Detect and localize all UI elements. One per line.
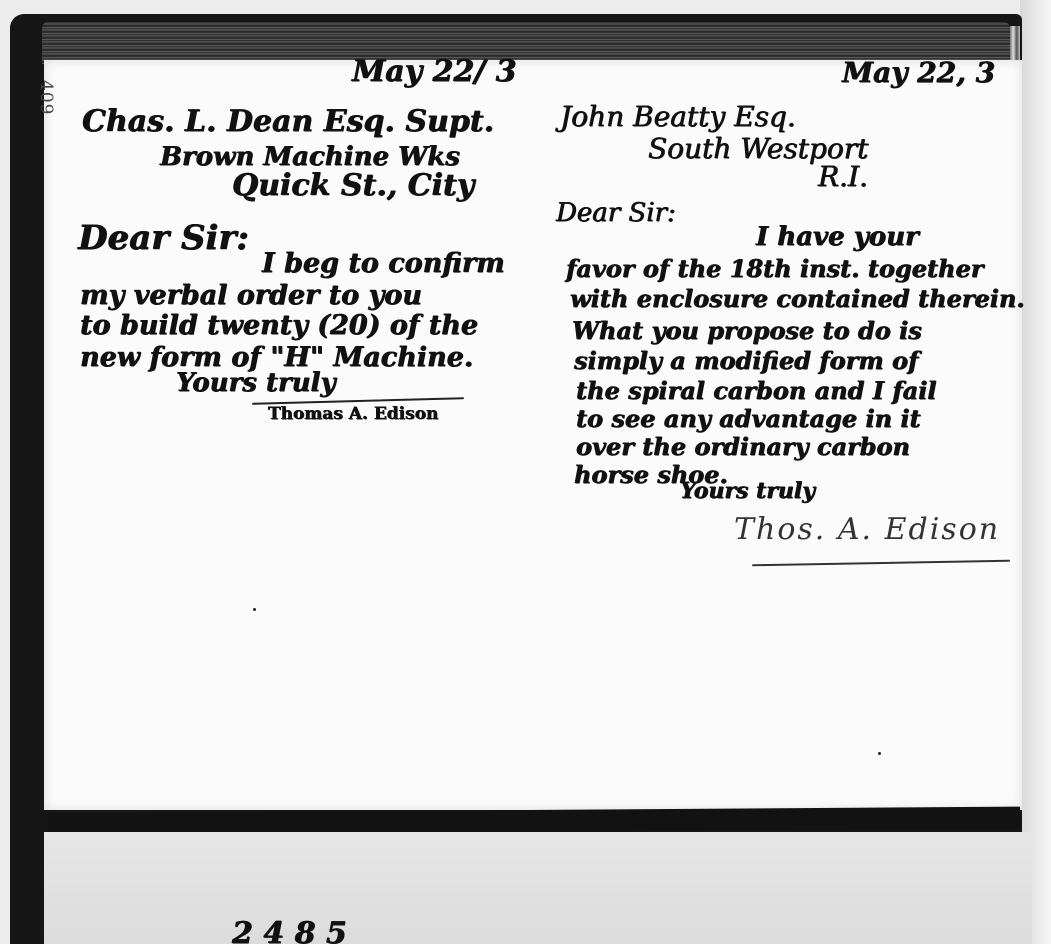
body-line: over the ordinary carbon [576,432,910,461]
recipient-location: Quick St., City [232,168,474,203]
body-line: I have your [756,222,919,252]
body-line: I beg to confirm [262,248,505,279]
next-page-fragment: 2 4 8 5 [232,916,347,944]
body-line: with enclosure contained therein. [570,284,1025,313]
body-line: What you propose to do is [572,316,922,345]
page-number: 409 [36,80,56,115]
next-page [44,832,1032,944]
closing: Yours truly [176,368,336,398]
letter-date: May 22/ 3 [352,54,517,89]
recipient-name: John Beatty Esq. [560,100,796,133]
body-line: to see any advantage in it [576,404,921,433]
body-line: to build twenty (20) of the [80,310,478,341]
body-line: the spiral carbon and I fail [576,376,936,405]
body-line: favor of the 18th inst. together [566,254,983,283]
salutation: Dear Sir: [556,198,676,228]
body-line: my verbal order to you [80,280,422,311]
signature: Thos. A. Edison [734,512,1000,547]
letter-date: May 22, 3 [842,56,995,89]
salutation: Dear Sir: [78,218,249,258]
signature: Thomas A. Edison [268,404,438,424]
body-line: simply a modified form of [574,346,918,375]
ink-speck [253,608,256,611]
recipient-name: Chas. L. Dean Esq. Supt. [82,104,494,139]
scan-background [1020,0,1051,944]
recipient-state: R.I. [818,160,868,193]
ink-speck [878,752,881,755]
closing: Yours truly [680,478,815,504]
